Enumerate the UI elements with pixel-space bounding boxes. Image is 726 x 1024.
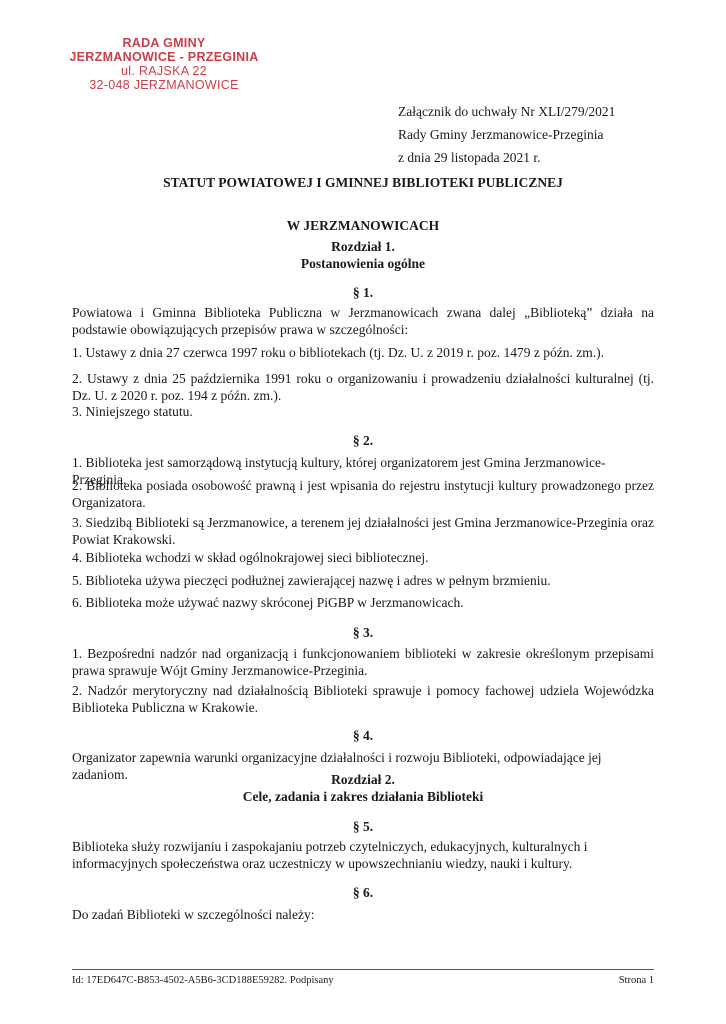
section-1-label: § 1. xyxy=(0,284,726,301)
chapter-1-subtitle: Postanowienia ogólne xyxy=(0,255,726,272)
attachment-note: Załącznik do uchwały Nr XLI/279/2021 Rad… xyxy=(398,100,615,169)
chapter-1-heading: Rozdział 1. xyxy=(0,238,726,255)
council-stamp: RADA GMINY JERZMANOWICE - PRZEGINIA ul. … xyxy=(64,36,264,92)
stamp-line-1: RADA GMINY xyxy=(64,36,264,50)
attachment-line-3: z dnia 29 listopada 2021 r. xyxy=(398,146,615,169)
footer-divider xyxy=(72,969,654,970)
section-3-item-2: 2. Nadzór merytoryczny nad działalnością… xyxy=(72,682,654,716)
attachment-line-1: Załącznik do uchwały Nr XLI/279/2021 xyxy=(398,100,615,123)
chapter-2-heading: Rozdział 2. xyxy=(0,771,726,788)
document-id: Id: 17ED647C-B853-4502-A5B6-3CD188E59282… xyxy=(72,975,334,986)
stamp-line-4: 32-048 JERZMANOWICE xyxy=(64,78,264,92)
page-number: Strona 1 xyxy=(619,975,654,986)
chapter-2-subtitle: Cele, zadania i zakres działania Bibliot… xyxy=(0,788,726,805)
section-5-text: Biblioteka służy rozwijaniu i zaspokajan… xyxy=(72,838,654,872)
section-4-label: § 4. xyxy=(0,727,726,744)
document-title: STATUT POWIATOWEJ I GMINNEJ BIBLIOTEKI P… xyxy=(0,175,726,191)
section-5-label: § 5. xyxy=(0,818,726,835)
section-1-intro: Powiatowa i Gminna Biblioteka Publiczna … xyxy=(72,304,654,338)
section-1-item-3: 3. Niniejszego statutu. xyxy=(72,403,654,420)
attachment-line-2: Rady Gminy Jerzmanowice-Przeginia xyxy=(398,123,615,146)
stamp-line-2: JERZMANOWICE - PRZEGINIA xyxy=(64,50,264,64)
section-2-item-4: 4. Biblioteka wchodzi w skład ogólnokraj… xyxy=(72,549,654,566)
section-6-text: Do zadań Biblioteki w szczególności nale… xyxy=(72,906,654,923)
document-title-line-2: W JERZMANOWICACH xyxy=(0,218,726,234)
section-3-label: § 3. xyxy=(0,624,726,641)
section-2-item-3: 3. Siedzibą Biblioteki są Jerzmanowice, … xyxy=(72,514,654,548)
section-2-item-6: 6. Biblioteka może używać nazwy skrócone… xyxy=(72,594,654,611)
section-6-label: § 6. xyxy=(0,884,726,901)
section-2-label: § 2. xyxy=(0,432,726,449)
section-1-item-1: 1. Ustawy z dnia 27 czerwca 1997 roku o … xyxy=(72,344,654,361)
section-1-item-2: 2. Ustawy z dnia 25 października 1991 ro… xyxy=(72,370,654,404)
section-2-item-2: 2. Biblioteka posiada osobowość prawną i… xyxy=(72,477,654,511)
section-3-item-1: 1. Bezpośredni nadzór nad organizacją i … xyxy=(72,645,654,679)
stamp-line-3: ul. RAJSKA 22 xyxy=(64,64,264,78)
section-2-item-5: 5. Biblioteka używa pieczęci podłużnej z… xyxy=(72,572,654,589)
